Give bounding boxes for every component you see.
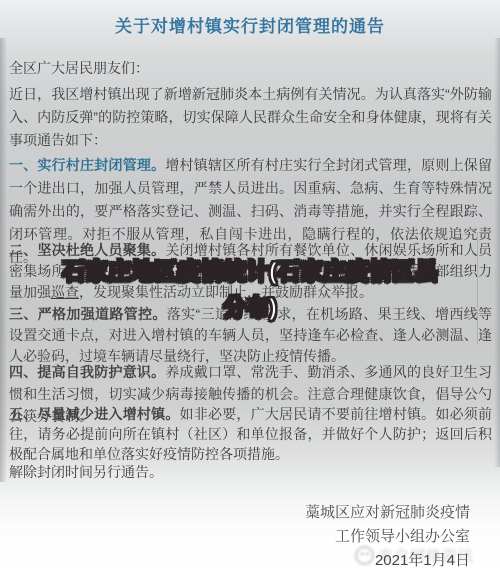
section-5-heading: 五、尽量减少进入增村镇。: [9, 406, 180, 422]
section-5-paragraph: 五、尽量减少进入增村镇。如非必要，广大居民请不要前往增村镇。如必须前往，请务必提…: [9, 404, 492, 464]
signature-block: 藁城区应对新冠肺炎疫情 工作领导小组办公室 2021年1月4日: [305, 501, 470, 573]
section-4-heading: 四、提高自我防护意识。: [9, 364, 165, 380]
overlay-headline-line1: 石家庄地区疫情统计(石家庄疫情区县: [0, 253, 500, 289]
salutation: 全区广大居民朋友们：: [9, 57, 492, 80]
overlay-headline: 石家庄地区疫情统计(石家庄疫情区县 分布): [0, 253, 500, 325]
signature-date: 2021年1月4日: [305, 549, 470, 573]
signature-org-line1: 藁城区应对新冠肺炎疫情: [305, 501, 470, 525]
overlay-headline-line2: 分布): [0, 289, 500, 325]
section-1-heading: 一、实行村庄封闭管理。: [9, 157, 165, 173]
intro-paragraph: 近日，我区增村镇出现了新增新冠肺炎本土病例有关情况。为认真落实“外防输入、内防反…: [9, 83, 492, 152]
notice-title: 关于对增村镇实行封闭管理的通告: [0, 12, 500, 37]
closing-line: 解除封闭时间另行通告。: [9, 461, 492, 484]
notice-photo: 关于对增村镇实行封闭管理的通告 全区广大居民朋友们： 近日，我区增村镇出现了新增…: [0, 0, 500, 577]
